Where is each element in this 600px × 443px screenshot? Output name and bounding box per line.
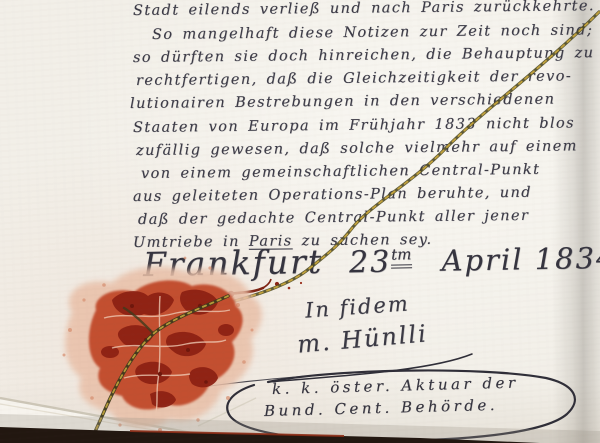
notary-note-line2: Bund. Cent. Behörde. xyxy=(264,398,498,419)
in-fidem-phrase: In fidem xyxy=(304,293,410,321)
manuscript-line: So mangelhaft diese Notizen zur Zeit noc… xyxy=(152,23,593,44)
manuscript-line: aus geleiteten Operations-Plan beruhte, … xyxy=(133,186,532,206)
manuscript-line: Staaten von Europa im Frühjahr 1833 nich… xyxy=(133,116,575,137)
manuscript-line: Stadt eilends verließ und nach Paris zur… xyxy=(133,0,600,20)
manuscript-line: daß der gedachte Central-Punkt aller jen… xyxy=(138,209,529,229)
binding-cord-lower xyxy=(90,296,228,443)
manuscript-line: so dürften sie doch hinreichen, die Beha… xyxy=(133,46,595,67)
manuscript-line: von einem gemeinschaftlichen Central-Pun… xyxy=(141,163,540,183)
date-line: Frankfurt23tmApril 1834. xyxy=(143,237,600,284)
page-fold xyxy=(0,398,256,443)
manuscript-page: Stadt eilends verließ und nach Paris zur… xyxy=(0,0,600,443)
dateline-month-year: April 1834. xyxy=(441,241,600,278)
notary-oval xyxy=(196,354,575,441)
dateline-day: 23 xyxy=(349,245,392,281)
notary-note-line1: k. k. öster. Aktuar der xyxy=(272,376,519,397)
manuscript-line: lutionairen Bestrebungen in den verschie… xyxy=(130,93,556,113)
manuscript-line: zufällig gewesen, daß solche vielmehr au… xyxy=(136,139,578,160)
dateline-place: Frankfurt xyxy=(143,242,324,284)
manuscript-line: rechtfertigen, daß die Gleichzeitigkeit … xyxy=(136,69,572,90)
signature: m. Hünlli xyxy=(296,321,428,356)
dateline-ordinal: tm xyxy=(391,245,412,268)
